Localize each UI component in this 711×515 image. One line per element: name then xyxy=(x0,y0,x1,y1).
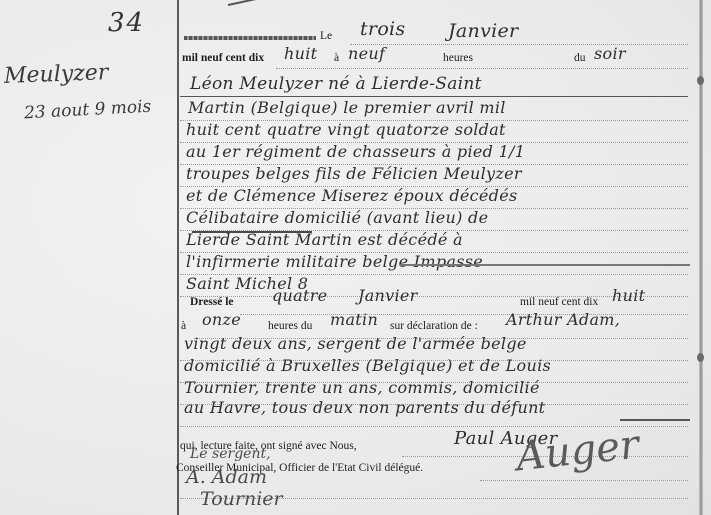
a-label-2: à xyxy=(181,320,186,332)
body-line-1: Léon Meulyzer né à Lierde-Saint xyxy=(190,74,482,94)
body-line-5: troupes belges fils de Félicien Meulyzer xyxy=(186,164,522,183)
year-prefix: mil neuf cent dix xyxy=(182,52,264,64)
ruled-line xyxy=(276,44,688,69)
left-margin: 34 Meulyzer 23 aout 9 mois xyxy=(0,0,176,515)
le-label: Le xyxy=(320,30,332,42)
margin-note: 23 aout 9 mois xyxy=(24,97,152,124)
ruled-line xyxy=(240,290,688,315)
body-line-6: et de Clémence Miserez époux décédés xyxy=(186,186,518,205)
body-line-4: au 1er régiment de chasseurs à pied 1/1 xyxy=(186,142,525,161)
closing-stroke xyxy=(620,419,690,421)
binding-mark xyxy=(697,76,704,85)
ruled-line xyxy=(350,20,688,45)
printed-rule xyxy=(184,36,316,40)
body-line-9: l'infirmerie militaire belge Impasse xyxy=(186,252,483,271)
body-line-3: huit cent quatre vingt quatorze soldat xyxy=(186,120,506,139)
margin-divider xyxy=(177,0,179,515)
body-line-2: Martin (Belgique) le premier avril mil xyxy=(188,98,506,117)
closing-stroke xyxy=(400,264,690,266)
dresse-label: Dressé le xyxy=(190,296,234,308)
witness-title: Le sergent, xyxy=(190,446,271,462)
witness-signature-2: Tournier xyxy=(200,488,283,510)
scanned-record-page: 34 Meulyzer 23 aout 9 mois Le trois Janv… xyxy=(0,0,711,515)
body-line-8: Lierde Saint Martin est décédé à xyxy=(186,230,463,249)
witness-signature-1: A. Adam xyxy=(186,466,267,488)
margin-surname: Meulyzer xyxy=(4,60,109,89)
body-line-7: Célibataire domicilié (avant lieu) de xyxy=(186,208,488,227)
pen-stroke xyxy=(228,0,297,6)
act-number: 34 xyxy=(108,8,145,38)
binding-mark xyxy=(697,353,704,362)
